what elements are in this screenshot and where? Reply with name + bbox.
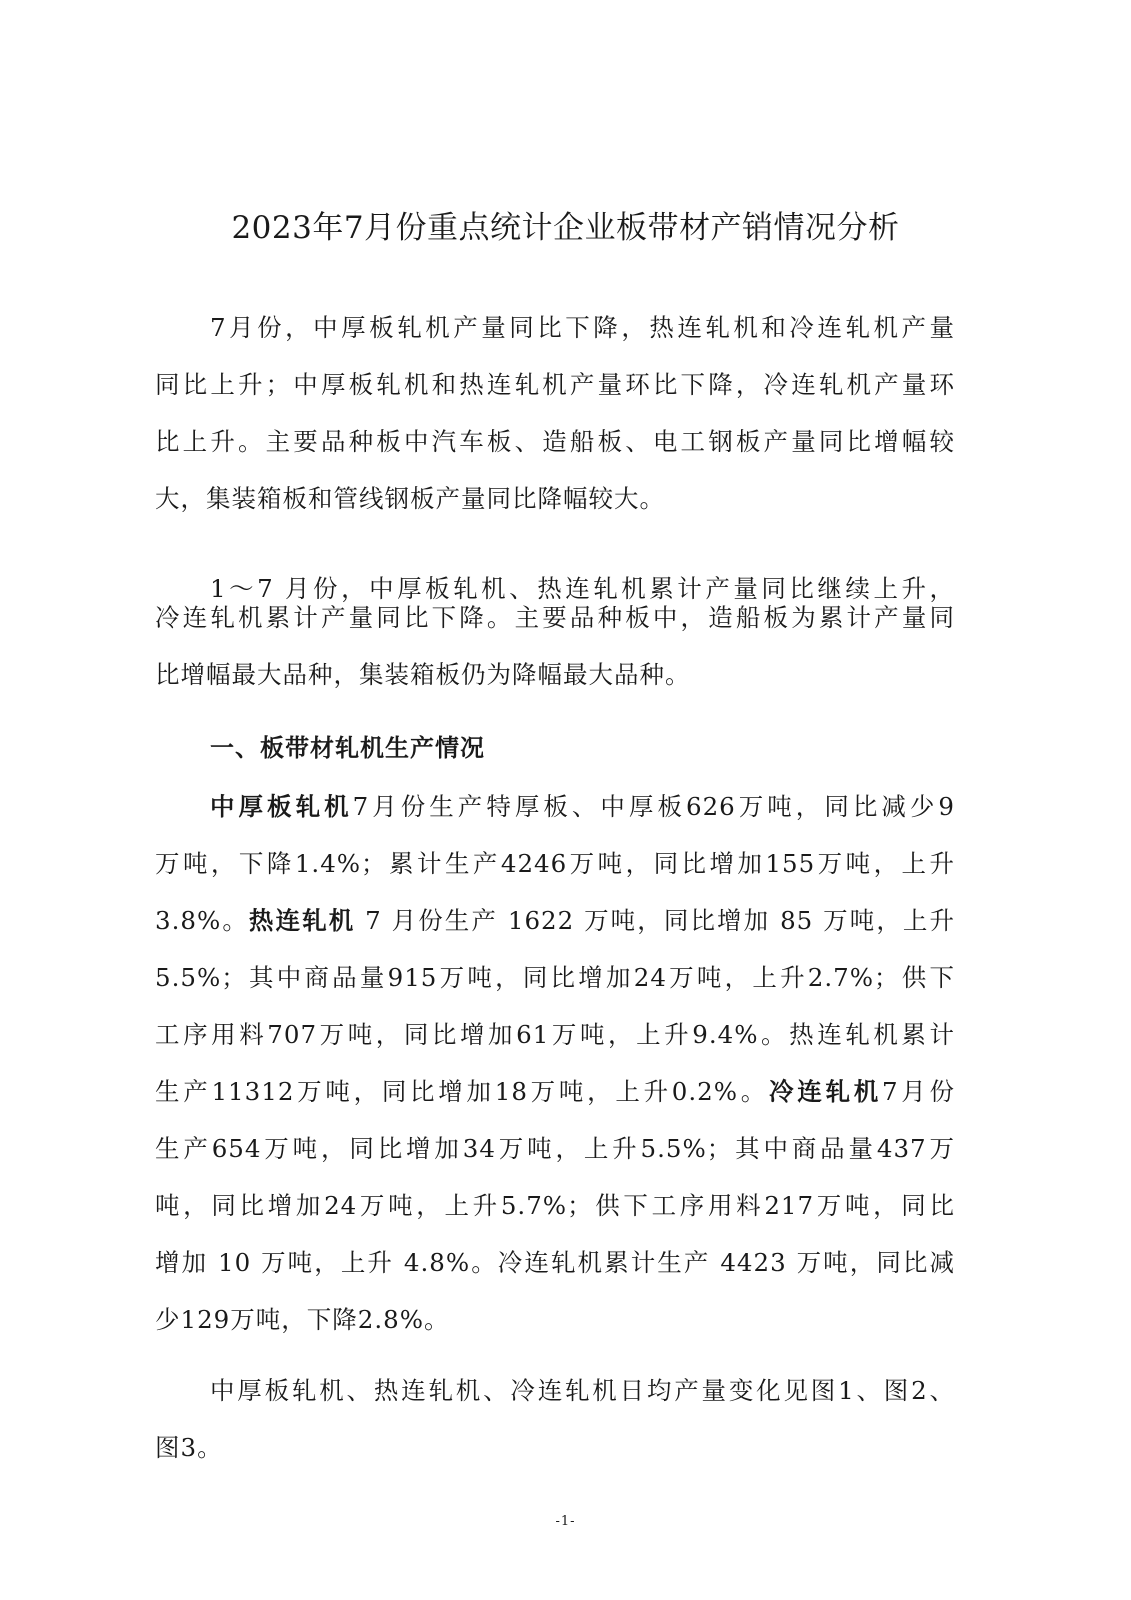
text-line: 吨，同比增加24万吨，上升5.7%；供下工序用料217万吨，同比 — [155, 1186, 955, 1226]
text-line: 大，集装箱板和管线钢板产量同比降幅较大。 — [155, 479, 955, 519]
text-line: 生产654万吨，同比增加34万吨，上升5.5%；其中商品量437万 — [155, 1129, 955, 1169]
text-line: 中厚板轧机、热连轧机、冷连轧机日均产量变化见图1、图2、 — [210, 1371, 955, 1411]
label-plate-mill: 中厚板轧机 — [210, 792, 353, 821]
text-line: 图3。 — [155, 1428, 955, 1468]
text-line: 比增幅最大品种，集装箱板仍为降幅最大品种。 — [155, 655, 955, 695]
page-number: -1- — [0, 1514, 1131, 1529]
section-heading: 一、板带材轧机生产情况 — [210, 728, 485, 768]
text-line: 生产11312万吨，同比增加18万吨，上升0.2%。冷连轧机7月份 — [155, 1072, 955, 1112]
text-line: 5.5%；其中商品量915万吨，同比增加24万吨，上升2.7%；供下 — [155, 958, 955, 998]
text-line: 比上升。主要品种板中汽车板、造船板、电工钢板产量同比增幅较 — [155, 422, 955, 462]
text-line: 中厚板轧机7月份生产特厚板、中厚板626万吨，同比减少9 — [210, 787, 955, 827]
label-hot-strip-mill: 热连轧机 — [249, 906, 355, 935]
text-line: 同比上升；中厚板轧机和热连轧机产量环比下降，冷连轧机产量环 — [155, 365, 955, 405]
label-cold-strip-mill: 冷连轧机 — [769, 1077, 882, 1106]
text-line: 少129万吨，下降2.8%。 — [155, 1300, 955, 1340]
text-line: 冷连轧机累计产量同比下降。主要品种板中，造船板为累计产量同 — [155, 598, 955, 638]
document-title: 2023年7月份重点统计企业板带材产销情况分析 — [0, 203, 1131, 253]
text-line: 万吨，下降1.4%；累计生产4246万吨，同比增加155万吨，上升 — [155, 844, 955, 884]
text-line: 工序用料707万吨，同比增加61万吨，上升9.4%。热连轧机累计 — [155, 1015, 955, 1055]
text-line: 3.8%。热连轧机 7 月份生产 1622 万吨，同比增加 85 万吨，上升 — [155, 901, 955, 941]
text-line: 7月份，中厚板轧机产量同比下降，热连轧机和冷连轧机产量 — [210, 308, 955, 348]
text-line: 增加 10 万吨，上升 4.8%。冷连轧机累计生产 4423 万吨，同比减 — [155, 1243, 955, 1283]
